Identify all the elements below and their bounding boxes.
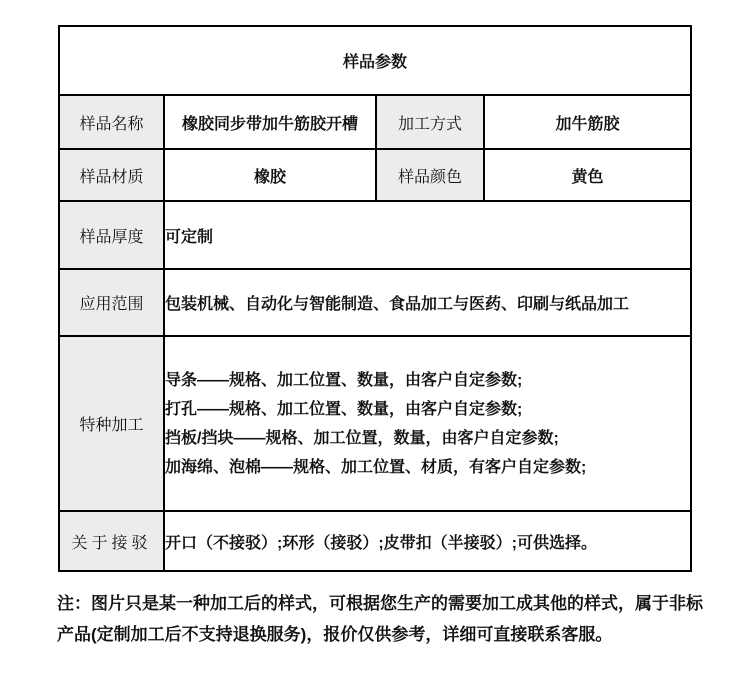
label-sample-color: 样品颜色 — [376, 149, 484, 201]
value-about-joining: 开口（不接驳）;环形（接驳）;皮带扣（半接驳）;可供选择。 — [164, 511, 691, 571]
sample-parameters-table: 样品参数 样品名称 橡胶同步带加牛筋胶开槽 加工方式 加牛筋胶 样品材质 橡胶 … — [58, 25, 692, 572]
note-line: 产品(定制加工后不支持退换服务)，报价仅供参考，详细可直接联系客服。 — [57, 619, 717, 650]
special-processing-line: 导条——规格、加工位置、数量，由客户自定参数; — [165, 366, 690, 395]
label-about-joining: 关于接驳 — [59, 511, 164, 571]
spec-sheet: 样品参数 样品名称 橡胶同步带加牛筋胶开槽 加工方式 加牛筋胶 样品材质 橡胶 … — [58, 25, 692, 572]
table-row: 样品材质 橡胶 样品颜色 黄色 — [59, 149, 691, 201]
table-row: 特种加工 导条——规格、加工位置、数量，由客户自定参数; 打孔——规格、加工位置… — [59, 336, 691, 511]
label-processing-method: 加工方式 — [376, 95, 484, 149]
table-row: 关于接驳 开口（不接驳）;环形（接驳）;皮带扣（半接驳）;可供选择。 — [59, 511, 691, 571]
table-row: 样品名称 橡胶同步带加牛筋胶开槽 加工方式 加牛筋胶 — [59, 95, 691, 149]
value-sample-color: 黄色 — [484, 149, 691, 201]
value-sample-material: 橡胶 — [164, 149, 376, 201]
table-title: 样品参数 — [59, 26, 691, 95]
table-row: 应用范围 包装机械、自动化与智能制造、食品加工与医药、印刷与纸品加工 — [59, 269, 691, 336]
table-row: 样品厚度 可定制 — [59, 201, 691, 269]
footer-note: 注：图片只是某一种加工后的样式，可根据您生产的需要加工成其他的样式，属于非标 产… — [57, 588, 717, 650]
note-line: 注：图片只是某一种加工后的样式，可根据您生产的需要加工成其他的样式，属于非标 — [57, 588, 717, 619]
value-sample-name: 橡胶同步带加牛筋胶开槽 — [164, 95, 376, 149]
value-sample-thickness: 可定制 — [164, 201, 691, 269]
value-application-range: 包装机械、自动化与智能制造、食品加工与医药、印刷与纸品加工 — [164, 269, 691, 336]
special-processing-line: 挡板/挡块——规格、加工位置，数量，由客户自定参数; — [165, 424, 690, 453]
label-application-range: 应用范围 — [59, 269, 164, 336]
title-row: 样品参数 — [59, 26, 691, 95]
label-sample-name: 样品名称 — [59, 95, 164, 149]
value-processing-method: 加牛筋胶 — [484, 95, 691, 149]
label-sample-material: 样品材质 — [59, 149, 164, 201]
special-processing-line: 加海绵、泡棉——规格、加工位置、材质，有客户自定参数; — [165, 453, 690, 482]
special-processing-line: 打孔——规格、加工位置、数量，由客户自定参数; — [165, 395, 690, 424]
label-special-processing: 特种加工 — [59, 336, 164, 511]
value-special-processing: 导条——规格、加工位置、数量，由客户自定参数; 打孔——规格、加工位置、数量，由… — [164, 336, 691, 511]
label-sample-thickness: 样品厚度 — [59, 201, 164, 269]
